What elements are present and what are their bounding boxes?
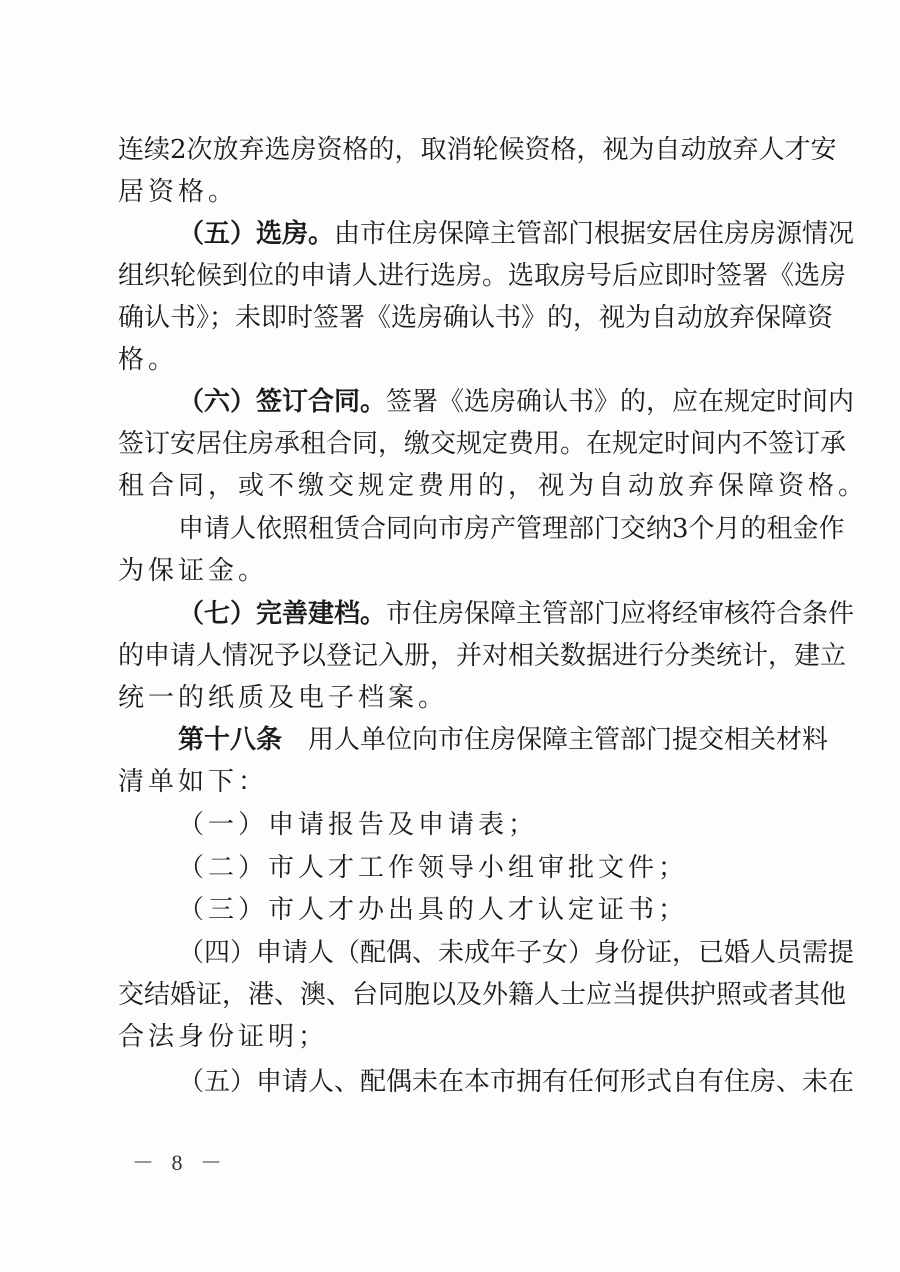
section-five-selection: （五）选房。由市住房保障主管部门根据安居住房房源情况 — [178, 216, 788, 252]
paragraph-line: 统一的纸质及电子档案。 — [118, 680, 788, 716]
list-item-4: （四）申请人（配偶、未成年子女）身份证，已婚人员需提 — [178, 935, 788, 971]
article-label: 第十八条 — [178, 725, 282, 755]
paragraph-line: 连续2次放弃选房资格的，取消轮候资格，视为自动放弃人才安 — [118, 132, 788, 168]
section-text: 由市住房保障主管部门根据安居住房房源情况 — [334, 219, 854, 249]
section-seven-archive: （七）完善建档。市住房保障主管部门应将经审核符合条件 — [178, 596, 788, 632]
paragraph-line: 清单如下： — [118, 764, 788, 800]
section-text: 签署《选房确认书》的，应在规定时间内 — [386, 387, 854, 417]
paragraph-line: 租合同，或不缴交规定费用的，视为自动放弃保障资格。 — [118, 468, 788, 504]
section-text: 市住房保障主管部门应将经审核符合条件 — [386, 599, 854, 629]
paragraph-line: 签订安居住房承租合同，缴交规定费用。在规定时间内不签订承 — [118, 426, 788, 462]
paragraph-line: 居资格。 — [118, 174, 788, 210]
paragraph-line: 确认书》；未即时签署《选房确认书》的，视为自动放弃保障资 — [118, 300, 788, 336]
page-number: － 8 － — [132, 1146, 228, 1177]
list-item-1: （一）申请报告及申请表； — [178, 807, 538, 843]
deposit-paragraph: 申请人依照租赁合同向市房产管理部门交纳3个月的租金作 — [178, 511, 788, 547]
section-label: （六）签订合同。 — [178, 387, 386, 417]
paragraph-line: 格。 — [118, 342, 788, 378]
article-text: 用人单位向市住房保障主管部门提交相关材料 — [282, 725, 828, 755]
list-item-5: （五）申请人、配偶未在本市拥有任何形式自有住房、未在 — [178, 1064, 788, 1100]
paragraph-line: 合法身份证明； — [118, 1019, 788, 1055]
paragraph-line: 交结婚证，港、澳、台同胞以及外籍人士应当提供护照或者其他 — [118, 977, 788, 1013]
article-eighteen: 第十八条 用人单位向市住房保障主管部门提交相关材料 — [178, 722, 788, 758]
section-six-contract: （六）签订合同。签署《选房确认书》的，应在规定时间内 — [178, 384, 788, 420]
section-label: （七）完善建档。 — [178, 599, 386, 629]
paragraph-line: 的申请人情况予以登记入册，并对相关数据进行分类统计，建立 — [118, 638, 788, 674]
document-page: 连续2次放弃选房资格的，取消轮候资格，视为自动放弃人才安 居资格。 （五）选房。… — [0, 0, 900, 1272]
section-label: （五）选房。 — [178, 219, 334, 249]
paragraph-line: 组织轮候到位的申请人进行选房。选取房号后应即时签署《选房 — [118, 258, 788, 294]
list-item-2: （二）市人才工作领导小组审批文件； — [178, 850, 688, 886]
paragraph-line: 为保证金。 — [118, 553, 788, 589]
list-item-3: （三）市人才办出具的人才认定证书； — [178, 892, 688, 928]
